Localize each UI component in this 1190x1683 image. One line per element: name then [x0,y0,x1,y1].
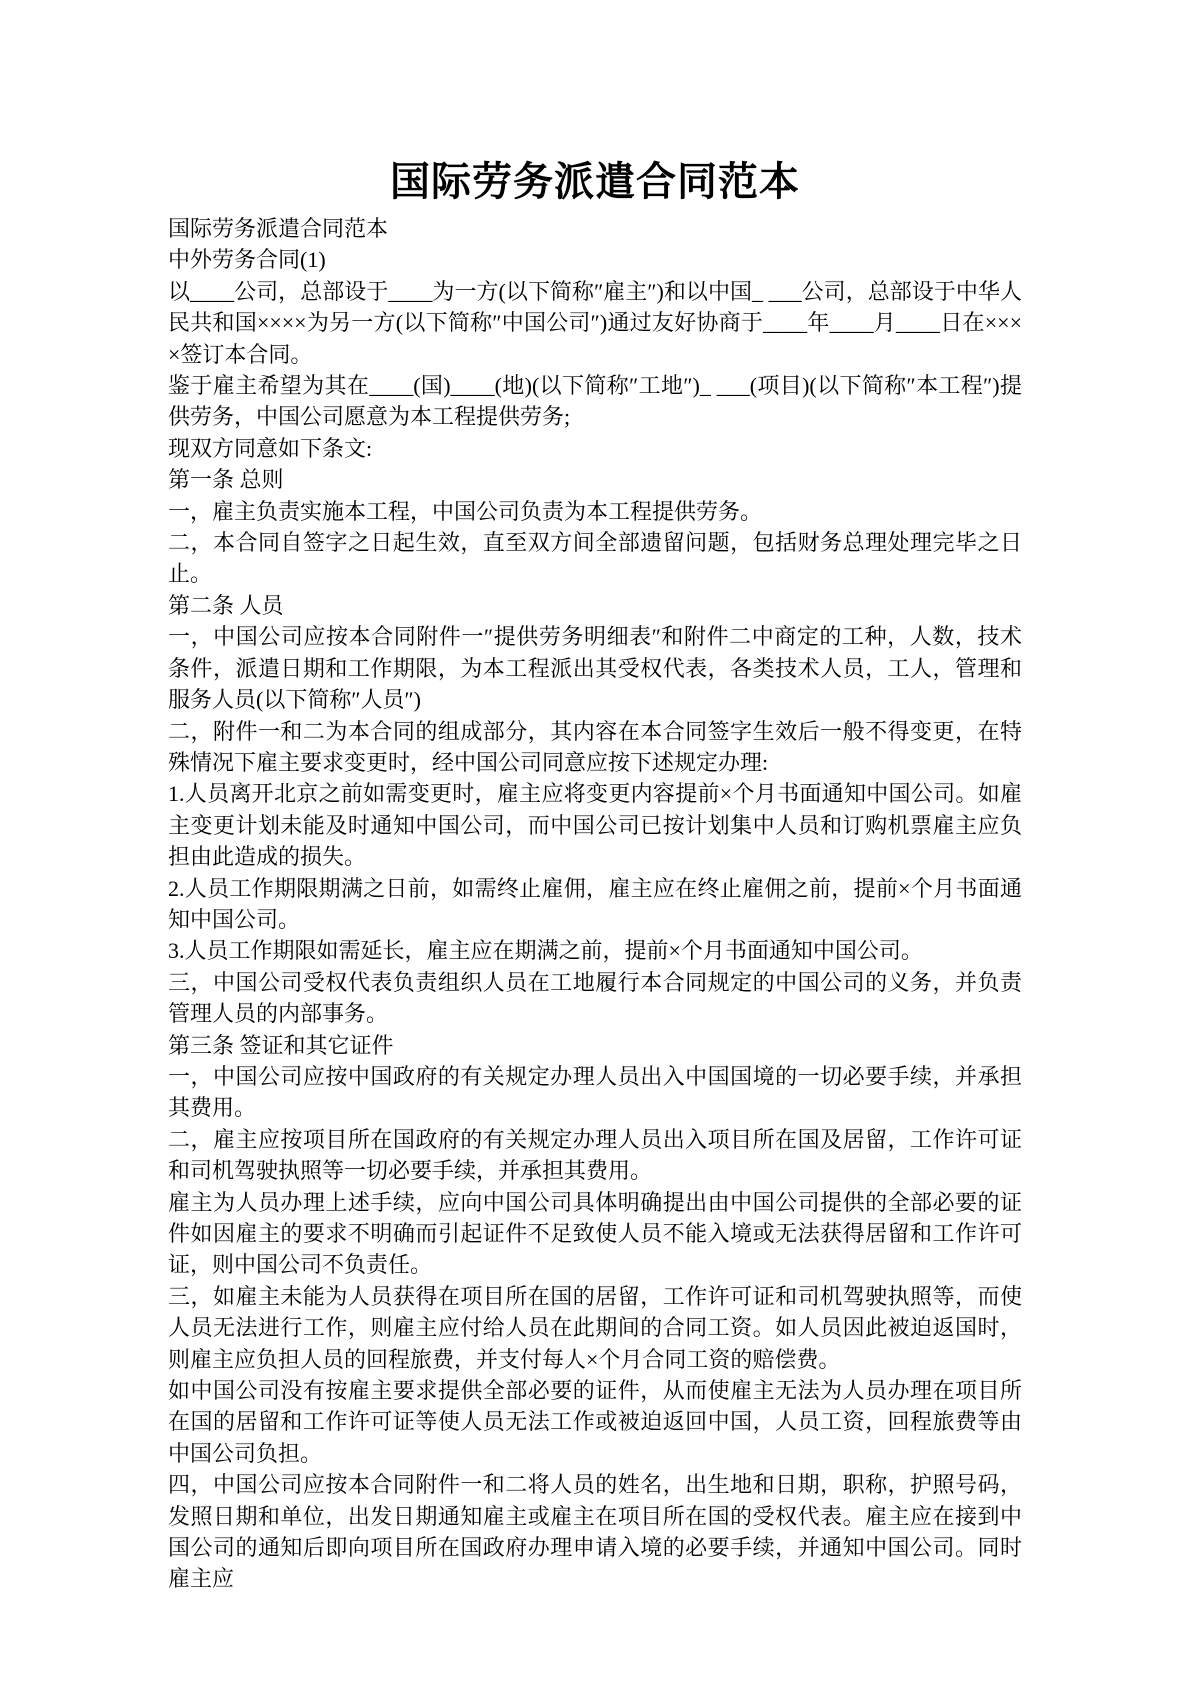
paragraph: 一，中国公司应按中国政府的有关规定办理人员出入中国国境的一切必要手续，并承担其费… [168,1061,1022,1124]
paragraph: 第一条 总则 [168,464,1022,495]
paragraph: 三，如雇主未能为人员获得在项目所在国的居留，工作许可证和司机驾驶执照等，而使人员… [168,1281,1022,1375]
paragraph: 现双方同意如下条文: [168,433,1022,464]
paragraph: 二，本合同自签字之日起生效，直至双方间全部遗留问题，包括财务总理处理完毕之日止。 [168,527,1022,590]
paragraph: 四，中国公司应按本合同附件一和二将人员的姓名，出生地和日期，职称，护照号码，发照… [168,1469,1022,1595]
paragraph: 鉴于雇主希望为其在____(国)____(地)(以下简称″工地″)_ ___(项… [168,370,1022,433]
paragraph: 第三条 签证和其它证件 [168,1030,1022,1061]
paragraph: 以____公司，总部设于____为一方(以下简称″雇主″)和以中国_ ___公司… [168,276,1022,370]
paragraph: 中外劳务合同(1) [168,244,1022,275]
document-body: 国际劳务派遣合同范本中外劳务合同(1)以____公司，总部设于____为一方(以… [168,213,1022,1595]
paragraph: 2.人员工作期限期满之日前，如需终止雇佣，雇主应在终止雇佣之前，提前×个月书面通… [168,873,1022,936]
paragraph: 二，雇主应按项目所在国政府的有关规定办理人员出入项目所在国及居留，工作许可证和司… [168,1124,1022,1187]
paragraph: 一，中国公司应按本合同附件一″提供劳务明细表″和附件二中商定的工种，人数，技术条… [168,621,1022,715]
paragraph: 三，中国公司受权代表负责组织人员在工地履行本合同规定的中国公司的义务，并负责管理… [168,967,1022,1030]
document-title: 国际劳务派遣合同范本 [168,155,1022,209]
paragraph: 1.人员离开北京之前如需变更时，雇主应将变更内容提前×个月书面通知中国公司。如雇… [168,778,1022,872]
paragraph: 第二条 人员 [168,590,1022,621]
paragraph: 二，附件一和二为本合同的组成部分，其内容在本合同签字生效后一般不得变更，在特殊情… [168,716,1022,779]
paragraph: 国际劳务派遣合同范本 [168,213,1022,244]
paragraph: 如中国公司没有按雇主要求提供全部必要的证件，从而使雇主无法为人员办理在项目所在国… [168,1375,1022,1469]
document-page: 国际劳务派遣合同范本 国际劳务派遣合同范本中外劳务合同(1)以____公司，总部… [168,155,1022,1595]
paragraph: 一，雇主负责实施本工程，中国公司负责为本工程提供劳务。 [168,496,1022,527]
paragraph: 雇主为人员办理上述手续，应向中国公司具体明确提出由中国公司提供的全部必要的证件如… [168,1187,1022,1281]
paragraph: 3.人员工作期限如需延长，雇主应在期满之前，提前×个月书面通知中国公司。 [168,935,1022,966]
